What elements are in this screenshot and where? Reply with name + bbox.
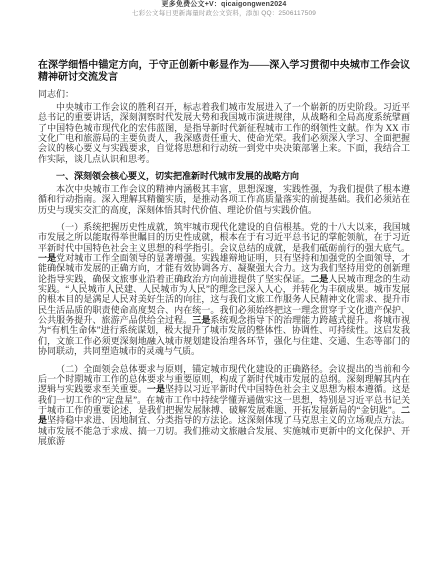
emphasis-segment: 一是 xyxy=(147,384,165,394)
document-page: 更多免费公文+V：qicaigongwen2024 七彩公文每日更新海量时政公文… xyxy=(0,0,448,580)
document-title: 在深学细悟中锚定方向，于守正创新中彰显作为——深入学习贯彻中央城市工作会议精神研… xyxy=(38,60,410,84)
emphasis-segment: 二是 xyxy=(310,274,328,284)
text-segment: （一）系统把握历史性成就，筑牢城市现代化建设的自信根基。党的十八大以来，我国城市… xyxy=(38,222,410,253)
salutation: 同志们： xyxy=(38,89,410,100)
document-body: 在深学细悟中锚定方向，于守正创新中彰显作为——深入学习贯彻中央城市工作会议精神研… xyxy=(38,60,410,453)
text-segment: 坚持稳中求进、因地制宜、分类指导的方法论。这深刻体现了马克思主义的立场观点方法。… xyxy=(38,415,410,446)
text-segment: 本次中央城市工作会议的精神内涵极其丰富，思想深邃，实践性强，为我们提供了根本遵循… xyxy=(38,184,410,215)
document-blocks: 中央城市工作会议的胜利召开，标志着我们城市发展进入了一个崭新的历史阶段。习近平总… xyxy=(38,102,410,446)
paragraph: （二）全面领会总体要求与原则，锚定城市现代化建设的正确路径。会议提出的当前和今后… xyxy=(38,364,410,447)
paragraph: 本次中央城市工作会议的精神内涵极其丰富，思想深邃，实践性强，为我们提供了根本遵循… xyxy=(38,184,410,215)
emphasis-segment: 一、深刻领会核心要义，切实把准新时代城市发展的战略方向 xyxy=(56,171,299,181)
page-header-contact-line: 七彩公文每日更新海量时政公文资料，添加 QQ：2506117509 xyxy=(0,8,448,17)
emphasis-segment: 三是 xyxy=(192,315,210,325)
text-segment: 中央城市工作会议的胜利召开，标志着我们城市发展进入了一个崭新的历史阶段。习近平总… xyxy=(38,102,410,164)
emphasis-segment: 一是 xyxy=(38,253,56,263)
paragraph: 中央城市工作会议的胜利召开，标志着我们城市发展进入了一个崭新的历史阶段。习近平总… xyxy=(38,102,410,164)
section-heading: 一、深刻领会核心要义，切实把准新时代城市发展的战略方向 xyxy=(38,171,410,181)
paragraph: （一）系统把握历史性成就，筑牢城市现代化建设的自信根基。党的十八大以来，我国城市… xyxy=(38,222,410,356)
